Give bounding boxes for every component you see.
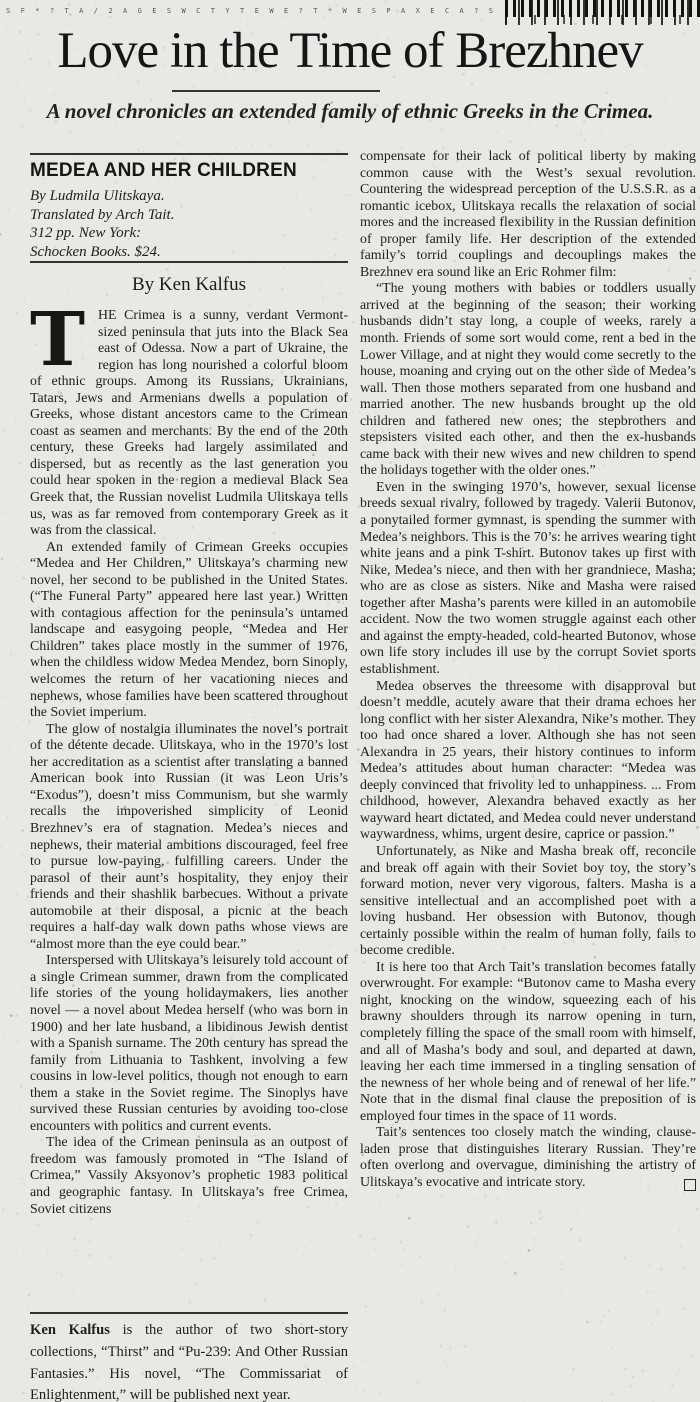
article-paragraph: Interspersed with Ulitskaya’s leisurely … [30,953,348,1135]
book-block-bottom-rule [30,261,348,263]
article-paragraph: It is here too that Arch Tait’s translat… [360,960,696,1125]
scan-artifact-microtext: S F * ? T A / 2 A G E S W C T Y T E W E … [6,7,498,19]
reviewer-bio-note: Ken Kalfus is the author of two short-st… [30,1320,348,1402]
book-publisher-line: Schocken Books. $24. [30,243,348,262]
article-paragraph: Tait’s sentences too closely match the w… [360,1125,696,1191]
book-title-heading: MEDEA AND HER CHILDREN [30,160,348,182]
footer-bio-rule [30,1312,348,1314]
article-left-column: THE Crimea is a sunny, verdant Vermont-s… [30,308,348,1304]
book-author-line: By Ludmila Ulitskaya. [30,187,348,206]
article-paragraph: Unfortunately, as Nike and Masha break o… [360,844,696,960]
article-paragraph: “The young mothers with babies or toddle… [360,281,696,480]
article-paragraph: compensate for their lack of political l… [360,149,696,281]
drop-cap: T [30,308,98,373]
article-paragraph: Even in the swinging 1970’s, however, se… [360,480,696,679]
article-paragraph: The idea of the Crimean peninsula as an … [30,1135,348,1218]
book-block-top-rule [30,153,348,155]
book-publication-details: By Ludmila Ulitskaya. Translated by Arch… [30,187,348,261]
book-translator-line: Translated by Arch Tait. [30,206,348,225]
article-right-column: compensate for their lack of political l… [360,149,696,1401]
article-first-paragraph: THE Crimea is a sunny, verdant Vermont-s… [30,308,348,540]
article-paragraph: The glow of nostalgia illuminates the no… [30,722,348,954]
reviewer-name: Ken Kalfus [30,1322,110,1338]
page-subtitle: A novel chronicles an extended family of… [0,99,700,124]
article-paragraph: An extended family of Crimean Greeks occ… [30,540,348,722]
page-title: Love in the Time of Brezhnev [0,22,700,81]
reviewer-byline: By Ken Kalfus [30,274,348,296]
article-paragraph: Medea observes the threesome with disapp… [360,679,696,844]
title-divider-rule [172,90,380,92]
end-of-article-mark [684,1179,696,1191]
book-pages-line: 312 pp. New York: [30,224,348,243]
